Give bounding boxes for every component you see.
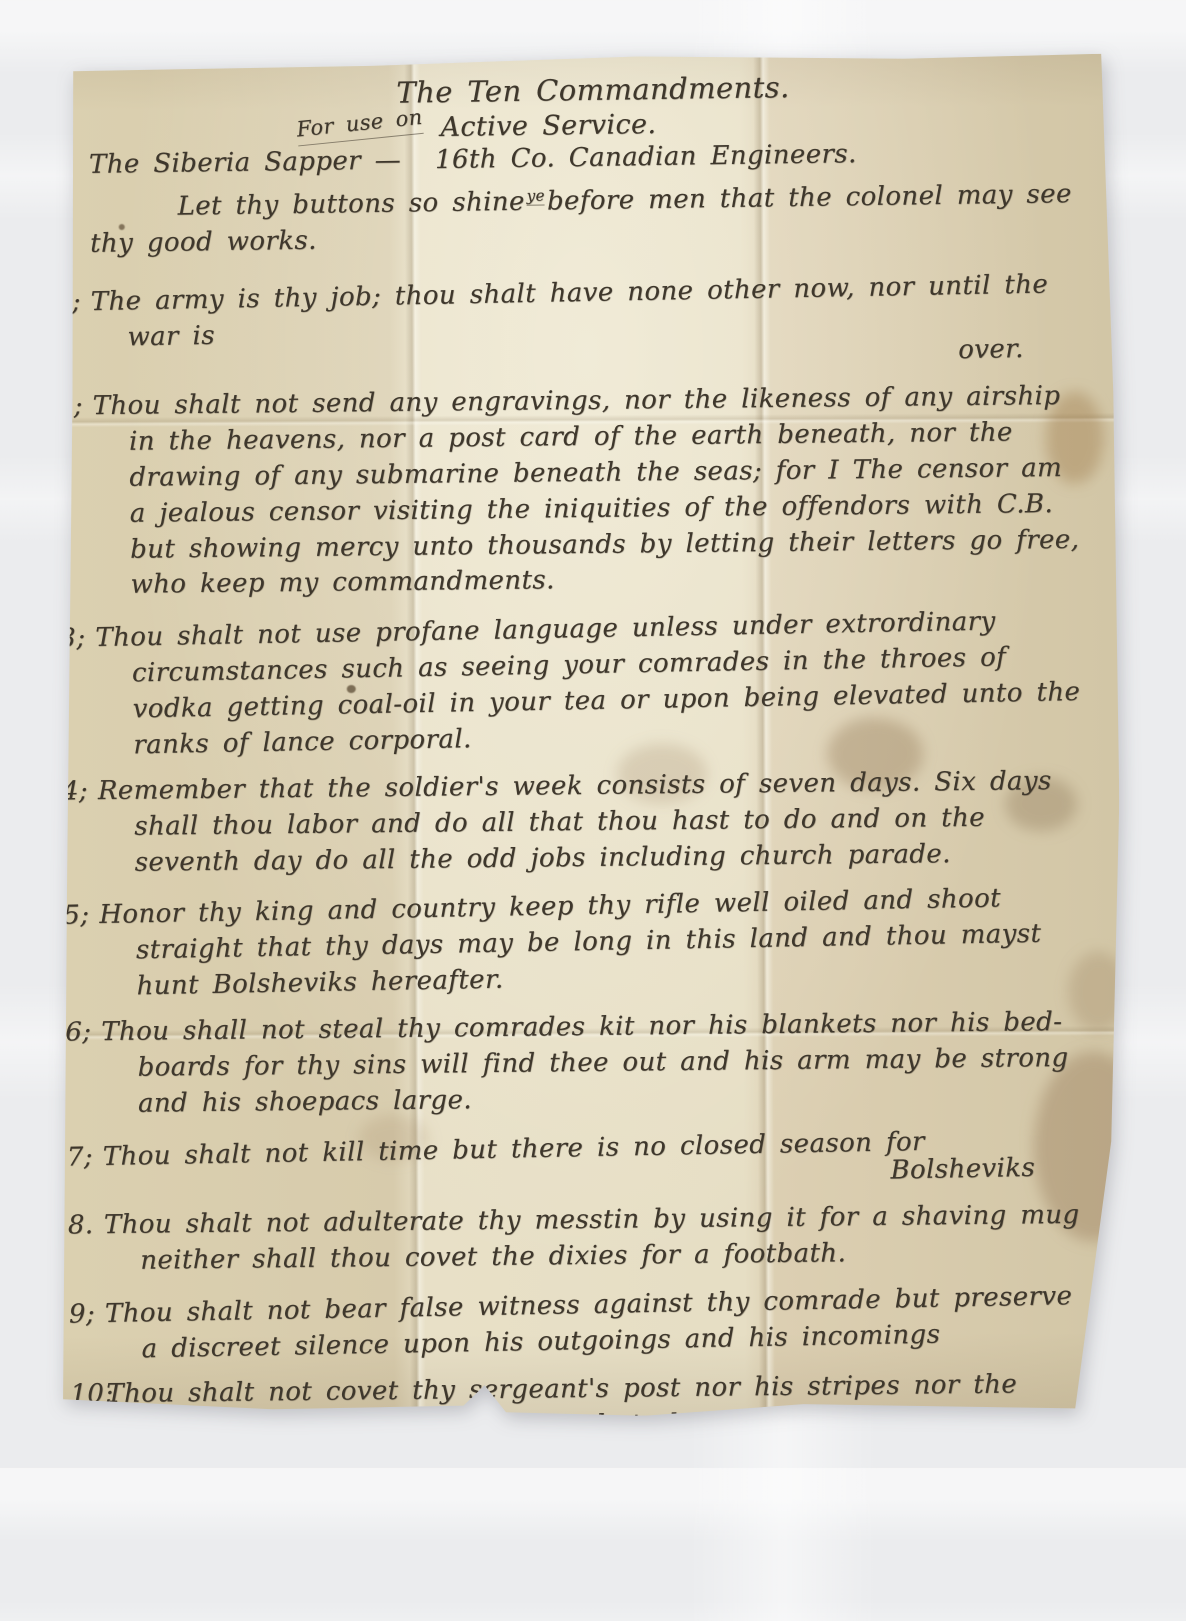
commandment-number: 8.: [68, 1208, 104, 1244]
paper-sheet: The Ten Commandments. For use on Active …: [54, 52, 1122, 1419]
commandment-9: 9;Thou shalt not bear false witness agai…: [105, 1278, 1102, 1368]
unit-line: The Siberia Sapper — 16th Co. Canadian E…: [89, 136, 1085, 181]
commandment-text: Thou shalt not send any engravings, nor …: [93, 381, 1080, 600]
commandment-number: 6;: [65, 1015, 101, 1051]
commandment-text: Thou shalt not covet thy sergeant's post…: [106, 1370, 1076, 1468]
letter-paper: The Ten Commandments. For use on Active …: [57, 54, 1119, 1416]
commandment-2: 2;Thou shalt not send any engravings, no…: [93, 379, 1091, 605]
commandment-3: 3;Thou shalt not use profane language un…: [95, 603, 1093, 765]
struck-word: Int: [373, 1448, 412, 1468]
commandment-number: 1;: [54, 285, 91, 322]
commandment-4: 4;Remember that the soldier's week consi…: [98, 763, 1095, 881]
commandment-text: Thou shall not steal thy comrades kit no…: [101, 1007, 1069, 1118]
commandment-number: 7;: [66, 1140, 103, 1177]
commandment-10: 10;Thou shalt not covet thy sergeant's p…: [106, 1367, 1103, 1468]
commandment-6: 6;Thou shall not steal thy comrades kit …: [101, 1005, 1098, 1123]
commandment-number: 2;: [57, 389, 93, 425]
commandment-text: Honor thy king and country keep thy rifl…: [99, 884, 1042, 1002]
commandment-8: 8.Thou shalt not adulterate thy messtin …: [104, 1197, 1101, 1279]
epigraph-pre: Let thy buttons so shine: [177, 187, 525, 222]
commandment-number: 5;: [63, 898, 100, 935]
inserted-word: ye: [527, 186, 546, 205]
commandment-1: 1;The army is thy job; thou shalt have n…: [90, 267, 1088, 380]
commandment-number: 9;: [69, 1297, 106, 1334]
commandment-number: 10;: [70, 1377, 106, 1413]
commandment-tail: over.: [128, 336, 1024, 380]
commandment-number: 3;: [59, 621, 96, 658]
commandment-7: 7;Thou shalt not kill time but there is …: [102, 1121, 1099, 1198]
epigraph: Let thy buttons so shineyebefore men tha…: [89, 177, 1086, 263]
letter-content: The Ten Commandments. For use on Active …: [48, 47, 1129, 1424]
commandment-number: 4;: [62, 774, 98, 810]
letter-header: The Ten Commandments. For use on Active …: [88, 63, 1085, 181]
siberia-sapper-label: The Siberia Sapper —: [89, 146, 401, 182]
commandment-text: Thou shalt not bear false witness agains…: [105, 1281, 1073, 1364]
commandment-text: Thou shalt not use profane language unle…: [95, 607, 1080, 760]
unit-name: 16th Co. Canadian Engineers.: [435, 139, 857, 176]
commandment-text-cont: rise to the high position of field marsh…: [143, 1441, 1067, 1468]
commandment-text: Remember that the soldier's week consist…: [98, 766, 1052, 877]
commandment-5: 5;Honor thy king and country keep thy ri…: [99, 880, 1097, 1006]
commandment-text: Thou shalt not adulterate thy messtin by…: [104, 1200, 1080, 1276]
